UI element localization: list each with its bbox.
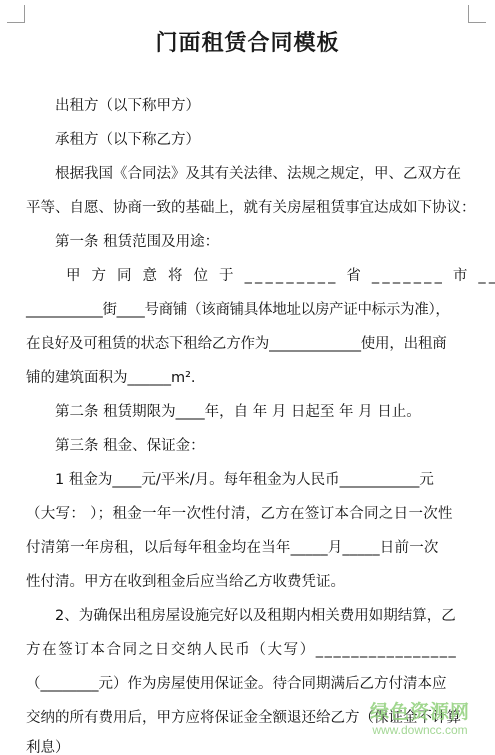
party-a-line: 出租方（以下称甲方）	[55, 96, 495, 116]
deposit-line-5: 利息）	[26, 738, 471, 755]
rent-line-2: （大写： ）；租金一年一次性付清，乙方在签订本合同之日一次性	[26, 504, 471, 524]
rent-line-1: 1 租金为____元/平米/月。每年租金为人民币___________元	[55, 470, 495, 490]
article-1-line-1: 甲 方 同 意 将 位 于 _________ 省 _______ 市 ____…	[66, 266, 470, 286]
deposit-line-2: 方在签订本合同之日交纳人民币（大写）________________	[26, 640, 471, 660]
article-1-line-3: 在良好及可租赁的状态下租给乙方作为_____________使用，出租商	[26, 334, 471, 354]
article-1-heading: 第一条 租赁范围及用途：	[55, 232, 495, 252]
preamble-line-1: 根据我国《合同法》及其有关法律、法规之规定，甲、乙双方在	[55, 164, 495, 184]
article-2-line: 第二条 租赁期限为____年，自 年 月 日起至 年 月 日止。	[55, 402, 495, 422]
document-title: 门面租赁合同模板	[0, 26, 495, 57]
deposit-line-3: （________元）作为房屋使用保证金。待合同期满后乙方付清本应	[26, 674, 471, 694]
crop-mark-top-right	[468, 5, 486, 23]
article-3-heading: 第三条 租金、保证金：	[55, 436, 495, 456]
article-1-line-4: 铺的建筑面积为______m².	[26, 368, 471, 388]
preamble-line-2: 平等、自愿、协商一致的基础上，就有关房屋租赁事宜达成如下协议：	[26, 198, 471, 218]
rent-line-3: 付清第一年房租，以后每年租金均在当年_____月_____日前一次	[26, 538, 471, 558]
deposit-line-1: 2、为确保出租房屋设施完好以及租期内相关费用如期结算，乙	[55, 606, 495, 626]
crop-mark-top-left	[7, 5, 25, 23]
article-1-line-2: ___________街____号商铺（该商铺具体地址以房产证中标示为准），	[26, 300, 471, 320]
document-page: 门面租赁合同模板 出租方（以下称甲方） 承租方（以下称乙方） 根据我国《合同法》…	[0, 0, 495, 755]
rent-line-4: 性付清。甲方在收到租金后应当给乙方收费凭证。	[26, 572, 471, 592]
party-b-line: 承租方（以下称乙方）	[55, 130, 495, 150]
deposit-line-4: 交纳的所有费用后，甲方应将保证金全额退还给乙方（保证金不计算	[26, 708, 471, 728]
